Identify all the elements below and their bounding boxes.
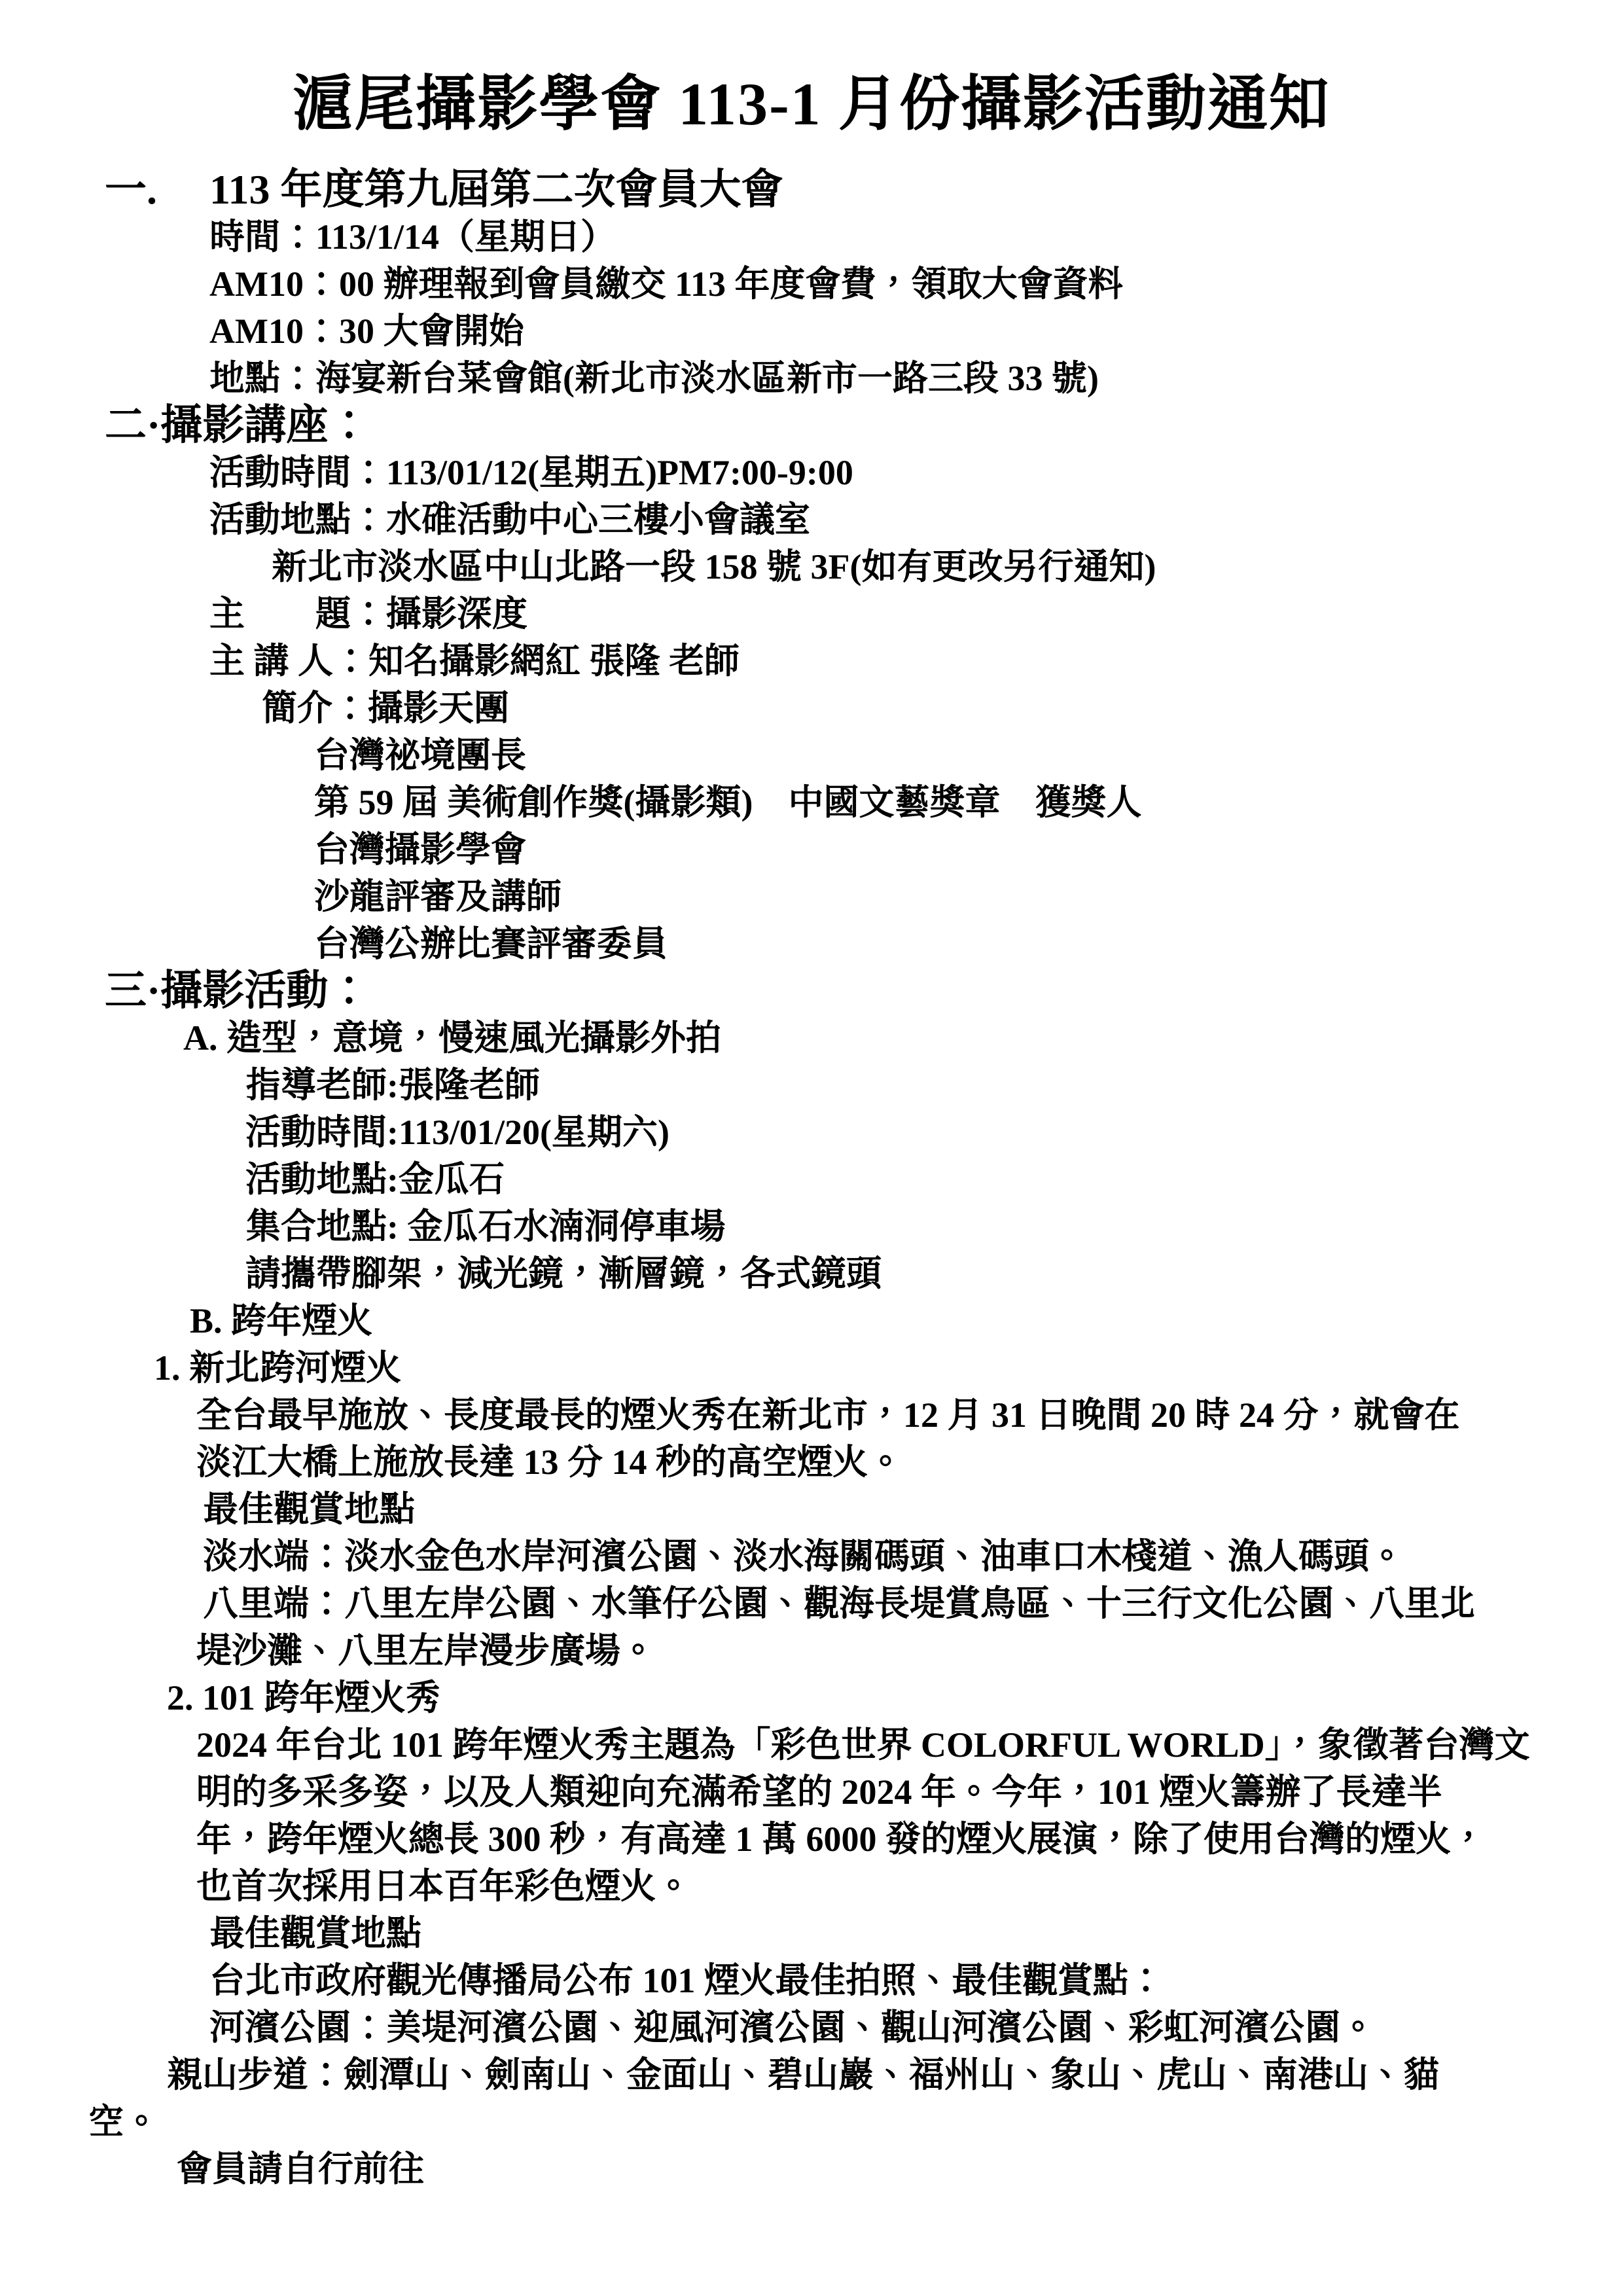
section-3-a-equipment: 請攜帶腳架，減光鏡，漸層鏡，各式鏡頭 [245,1250,1623,1297]
section-2-line-bio-1: 台灣祕境團長 [314,732,1623,779]
section-1-line-place: 地點：海宴新台菜會館(新北市淡水區新市一路三段 33 號) [209,355,1623,402]
section-2-line-bio-5: 台灣公辦比賽評審委員 [314,920,1623,967]
section-2-line-address: 新北市淡水區中山北路一段 158 號 3F(如有更改另行通知) [272,543,1623,590]
section-1-line-am1000: AM10：00 辦理報到會員繳交 113 年度會費，領取大會資料 [209,260,1623,308]
section-3-b2-hiking-trails-2: 空。 [88,2098,1623,2145]
section-2-line-time: 活動時間：113/01/12(星期五)PM7:00-9:00 [209,449,1623,496]
section-2-line-speaker: 主 講 人：知名攝影網紅 張隆 老師 [209,637,1623,685]
section-1-line-am1030: AM10：30 大會開始 [209,308,1623,355]
section-3-b1-tamsui-side: 淡水端：淡水金色水岸河濱公園、淡水海關碼頭、油車口木棧道、漁人碼頭。 [203,1533,1623,1580]
section-3-a-place: 活動地點:金瓜石 [245,1156,1623,1203]
section-3-b1-paragraph-2: 淡江大橋上施放長達 13 分 14 秒的高空煙火。 [196,1439,1623,1486]
section-3-b1-best-spots-label: 最佳觀賞地點 [203,1486,1623,1533]
section-3-item-b: B. 跨年煙火 [190,1297,1623,1344]
section-3-b2-paragraph-3: 年，跨年煙火總長 300 秒，有高達 1 萬 6000 發的煙火展演，除了使用台… [196,1816,1623,1863]
section-3-a-meeting-point: 集合地點: 金瓜石水湳洞停車場 [245,1203,1623,1250]
section-2-line-bio-4: 沙龍評審及講師 [314,873,1623,920]
section-3-b2-hiking-trails-1: 親山步道：劍潭山、劍南山、金面山、碧山巖、福州山、象山、虎山、南港山、貓 [167,2051,1623,2098]
section-3-b1-title: 1. 新北跨河煙火 [154,1344,1623,1391]
section-3-b1-paragraph-1: 全台最早施放、長度最長的煙火秀在新北市，12 月 31 日晚間 20 時 24 … [196,1391,1623,1439]
section-2-line-place: 活動地點：水碓活動中心三樓小會議室 [209,496,1623,543]
section-3-b1-bali-side-2: 堤沙灘、八里左岸漫步廣場。 [196,1627,1623,1674]
section-1-line-time: 時間：113/1/14（星期日） [209,213,1623,260]
section-3-a-time: 活動時間:113/01/20(星期六) [245,1109,1623,1156]
section-3-item-a: A. 造型，意境，慢速風光攝影外拍 [183,1014,1623,1062]
section-2-line-topic: 主 題：攝影深度 [209,590,1623,637]
section-3-b2-paragraph-4: 也首次採用日本百年彩色煙火。 [196,1863,1623,1910]
section-3-b2-best-spots-label: 最佳觀賞地點 [209,1910,1623,1957]
section-2-line-bio-2: 第 59 屆 美術創作獎(攝影類) 中國文藝獎章 獲獎人 [314,779,1623,826]
page-title: 滬尾攝影學會 113-1 月份攝影活動通知 [0,0,1623,151]
section-3-a-teacher: 指導老師:張隆老師 [245,1062,1623,1109]
section-3-b2-title: 2. 101 跨年煙火秀 [167,1674,1623,1721]
section-3-b2-paragraph-1: 2024 年台北 101 跨年煙火秀主題為「彩色世界 COLORFUL WORL… [196,1721,1623,1768]
section-3-b2-riverside-parks: 河濱公園：美堤河濱公園、迎風河濱公園、觀山河濱公園、彩虹河濱公園。 [209,2004,1623,2051]
section-2-line-intro: 簡介：攝影天團 [262,685,1623,732]
section-3-b2-gov-announcement: 台北市政府觀光傳播局公布 101 煙火最佳拍照、最佳觀賞點： [209,1957,1623,2004]
section-3-b1-bali-side-1: 八里端：八里左岸公園、水筆仔公園、觀海長堤賞鳥區、十三行文化公園、八里北 [203,1580,1623,1627]
section-3-heading: 三·攝影活動： [105,967,1623,1014]
section-3-b2-paragraph-2: 明的多采多姿，以及人類迎向充滿希望的 2024 年。今年，101 煙火籌辦了長達… [196,1768,1623,1816]
section-2-heading: 二·攝影講座： [105,402,1623,449]
section-1-heading: 一. 113 年度第九屆第二次會員大會 [105,166,1623,213]
section-3-members-note: 會員請自行前往 [177,2145,1623,2193]
section-2-line-bio-3: 台灣攝影學會 [314,826,1623,873]
document-page: 滬尾攝影學會 113-1 月份攝影活動通知 一. 113 年度第九屆第二次會員大… [0,0,1623,2296]
